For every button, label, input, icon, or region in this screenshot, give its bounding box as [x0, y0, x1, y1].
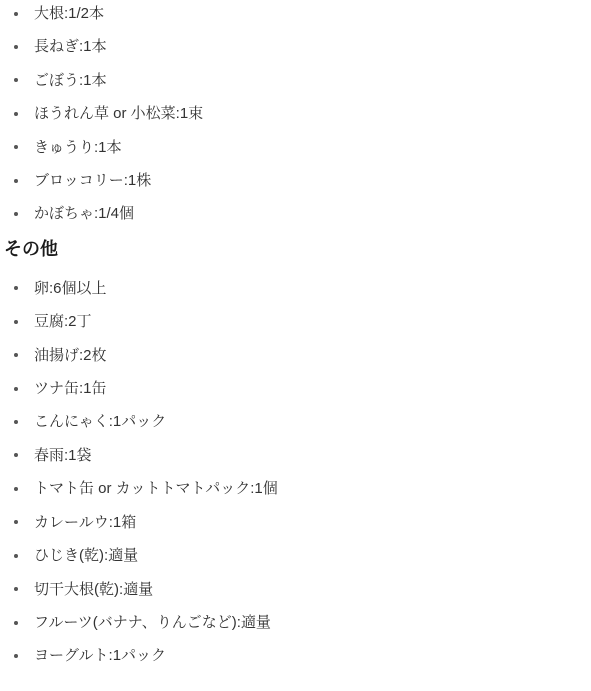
bullet-icon: [14, 587, 18, 591]
list-item-text: 豆腐:2丁: [34, 313, 92, 330]
document-page: 大根:1/2本長ねぎ:1本ごぼう:1本ほうれん草 or 小松菜:1束きゅうり:1…: [0, 0, 591, 667]
bullet-icon: [14, 554, 18, 558]
section-heading-others: その他: [4, 237, 579, 261]
bullet-icon: [14, 286, 18, 290]
list-item: 長ねぎ:1本: [4, 36, 579, 57]
list-item-text: 油揚げ:2枚: [34, 347, 107, 364]
bullet-icon: [14, 654, 18, 658]
bullet-icon: [14, 520, 18, 524]
list-item: きゅうり:1本: [4, 137, 579, 158]
list-item: 油揚げ:2枚: [4, 345, 579, 366]
list-item: 大根:1/2本: [4, 3, 579, 24]
list-item-text: 卵:6個以上: [34, 280, 107, 297]
list-item-text: 大根:1/2本: [34, 5, 104, 22]
list-item: ごぼう:1本: [4, 70, 579, 91]
bullet-icon: [14, 420, 18, 424]
list-item-text: かぼちゃ:1/4個: [34, 205, 134, 222]
list-item: 豆腐:2丁: [4, 311, 579, 332]
shopping-list-vegetables: 大根:1/2本長ねぎ:1本ごぼう:1本ほうれん草 or 小松菜:1束きゅうり:1…: [4, 3, 579, 225]
list-item-text: トマト缶 or カットトマトパック:1個: [34, 480, 278, 497]
bullet-icon: [14, 453, 18, 457]
bullet-icon: [14, 320, 18, 324]
bullet-icon: [14, 387, 18, 391]
list-item-text: ヨーグルト:1パック: [34, 647, 166, 664]
bullet-icon: [14, 179, 18, 183]
list-item: 春雨:1袋: [4, 445, 579, 466]
list-item: 切干大根(乾):適量: [4, 579, 579, 600]
list-item: ブロッコリー:1株: [4, 170, 579, 191]
bullet-icon: [14, 487, 18, 491]
list-item-text: カレールウ:1箱: [34, 514, 136, 531]
bullet-icon: [14, 45, 18, 49]
list-item: トマト缶 or カットトマトパック:1個: [4, 478, 579, 499]
bullet-icon: [14, 12, 18, 16]
list-item-text: ブロッコリー:1株: [34, 172, 151, 189]
bullet-icon: [14, 212, 18, 216]
list-item: ひじき(乾):適量: [4, 545, 579, 566]
list-item-text: フルーツ(バナナ、りんごなど):適量: [34, 614, 271, 631]
list-item: こんにゃく:1パック: [4, 411, 579, 432]
list-item-text: ツナ缶:1缶: [34, 380, 107, 397]
list-item: ツナ缶:1缶: [4, 378, 579, 399]
shopping-list-others: 卵:6個以上豆腐:2丁油揚げ:2枚ツナ缶:1缶こんにゃく:1パック春雨:1袋トマ…: [4, 278, 579, 667]
list-item-text: 切干大根(乾):適量: [34, 581, 153, 598]
list-item-text: ほうれん草 or 小松菜:1束: [34, 105, 203, 122]
list-item: カレールウ:1箱: [4, 512, 579, 533]
list-item-text: ひじき(乾):適量: [34, 547, 138, 564]
list-item-text: きゅうり:1本: [34, 139, 122, 156]
bullet-icon: [14, 621, 18, 625]
bullet-icon: [14, 145, 18, 149]
list-item-text: 春雨:1袋: [34, 447, 92, 464]
list-item-text: 長ねぎ:1本: [34, 38, 107, 55]
list-item-text: ごぼう:1本: [34, 72, 107, 89]
bullet-icon: [14, 78, 18, 82]
bullet-icon: [14, 112, 18, 116]
list-item-text: こんにゃく:1パック: [34, 413, 166, 430]
list-item: フルーツ(バナナ、りんごなど):適量: [4, 612, 579, 633]
list-item: ほうれん草 or 小松菜:1束: [4, 103, 579, 124]
list-item: ヨーグルト:1パック: [4, 645, 579, 666]
bullet-icon: [14, 353, 18, 357]
list-item: 卵:6個以上: [4, 278, 579, 299]
list-item: かぼちゃ:1/4個: [4, 203, 579, 224]
